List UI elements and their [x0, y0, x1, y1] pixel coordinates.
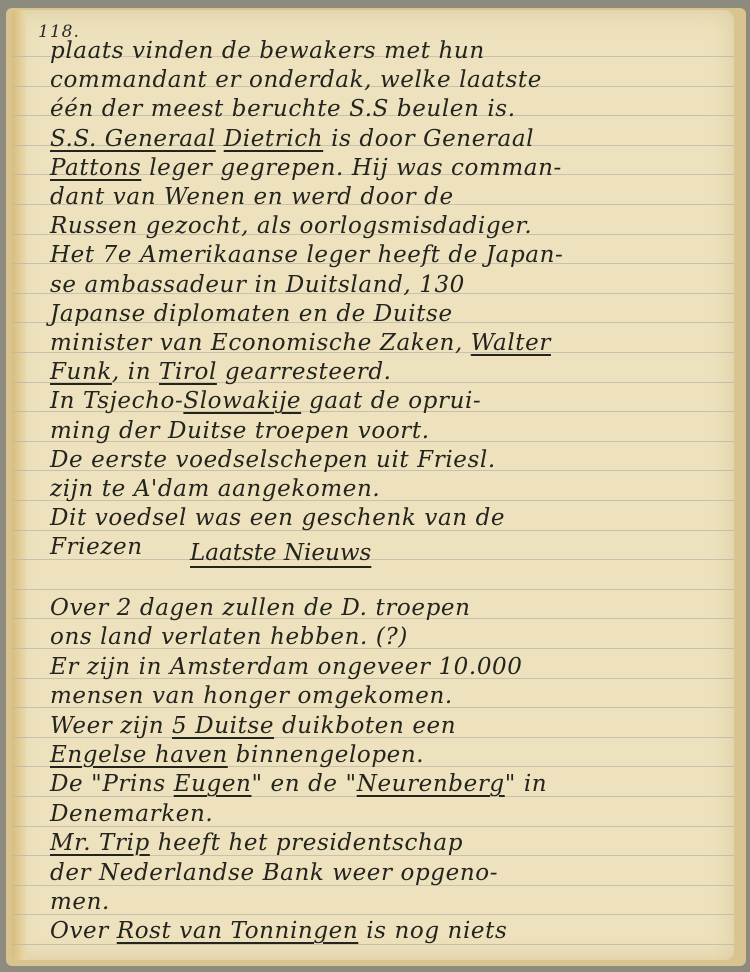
handwritten-line: Het 7e Amerikaanse leger heeft de Japan- [50, 242, 563, 268]
text-span: heeft het presidentschap [150, 830, 463, 856]
text-span: is nog niets [358, 918, 507, 944]
page-binding-edge [12, 10, 26, 960]
text-span: gaat de oprui- [301, 388, 481, 414]
handwritten-line: ming der Duitse troepen voort. [50, 418, 430, 444]
handwritten-line: Russen gezocht, als oorlogsmisdadiger. [50, 213, 532, 239]
handwritten-line: Over Rost van Tonningen is nog niets [50, 918, 507, 944]
handwritten-line: Mr. Trip heeft het presidentschap [50, 830, 463, 856]
text-span: is door Generaal [323, 126, 534, 152]
handwritten-line: In Tsjecho-Slowakije gaat de oprui- [50, 388, 481, 414]
handwritten-line: Friezen [50, 534, 143, 560]
underlined-phrase: Funk [50, 359, 112, 385]
text-span: gearresteerd. [217, 359, 392, 385]
handwritten-line: der Nederlandse Bank weer opgeno- [50, 860, 498, 886]
text-span: " in [505, 771, 547, 797]
handwritten-line: minister van Economische Zaken, Walter [50, 330, 551, 356]
handwritten-line: De eerste voedselschepen uit Friesl. [50, 447, 496, 473]
handwritten-line: plaats vinden de bewakers met hun [50, 38, 485, 64]
handwritten-line: Funk, in Tirol gearresteerd. [50, 359, 392, 385]
text-span: " en de " [251, 771, 356, 797]
underlined-phrase: Walter [471, 330, 551, 356]
text-span: minister van Economische Zaken, [50, 330, 471, 356]
handwritten-line: Japanse diplomaten en de Duitse [50, 301, 453, 327]
section-heading: Laatste Nieuws [190, 540, 371, 566]
underlined-phrase: Tirol [159, 359, 217, 385]
text-span: Over [50, 918, 117, 944]
underlined-phrase: Mr. Trip [50, 830, 150, 856]
handwritten-line: De "Prins Eugen" en de "Neurenberg" in [50, 771, 547, 797]
text-span: , in [112, 359, 159, 385]
handwritten-line: Pattons leger gegrepen. Hij was comman- [50, 155, 562, 181]
text-span: In Tsjecho- [50, 388, 183, 414]
handwritten-line: Weer zijn 5 Duitse duikboten een [50, 713, 456, 739]
underlined-phrase: Eugen [174, 771, 252, 797]
underlined-phrase: Pattons [50, 155, 141, 181]
handwritten-line: zijn te A'dam aangekomen. [50, 476, 380, 502]
text-span [216, 126, 224, 152]
underlined-phrase: S.S. Generaal [50, 126, 216, 152]
handwritten-line: ons land verlaten hebben. (?) [50, 624, 408, 650]
text-span: binnengelopen. [228, 742, 424, 768]
underlined-phrase: Neurenberg [357, 771, 505, 797]
underlined-phrase: Engelse haven [50, 742, 228, 768]
text-span: Weer zijn [50, 713, 172, 739]
underlined-phrase: Slowakije [183, 388, 301, 414]
text-span: duikboten een [274, 713, 456, 739]
text-span: leger gegrepen. Hij was comman- [141, 155, 562, 181]
handwritten-line: Engelse haven binnengelopen. [50, 742, 424, 768]
handwritten-line: commandant er onderdak, welke laatste [50, 67, 542, 93]
underlined-phrase: Rost van Tonningen [117, 918, 359, 944]
handwritten-line: men. [50, 889, 110, 915]
handwritten-line: S.S. Generaal Dietrich is door Generaal [50, 126, 534, 152]
handwritten-line: één der meest beruchte S.S beulen is. [50, 96, 516, 122]
handwritten-line: Dit voedsel was een geschenk van de [50, 505, 505, 531]
underlined-phrase: 5 Duitse [172, 713, 274, 739]
handwritten-line: mensen van honger omgekomen. [50, 683, 453, 709]
handwritten-line: Denemarken. [50, 801, 213, 827]
handwritten-line: Over 2 dagen zullen de D. troepen [50, 595, 471, 621]
handwritten-line: se ambassadeur in Duitsland, 130 [50, 272, 465, 298]
underlined-phrase: Dietrich [224, 126, 324, 152]
handwritten-line: Er zijn in Amsterdam ongeveer 10.000 [50, 654, 523, 680]
diary-page: 118. plaats vinden de bewakers met hunco… [12, 10, 734, 960]
ruled-line [12, 589, 734, 590]
text-span: De "Prins [50, 771, 174, 797]
handwritten-line: dant van Wenen en werd door de [50, 184, 454, 210]
ruled-line [12, 914, 734, 915]
